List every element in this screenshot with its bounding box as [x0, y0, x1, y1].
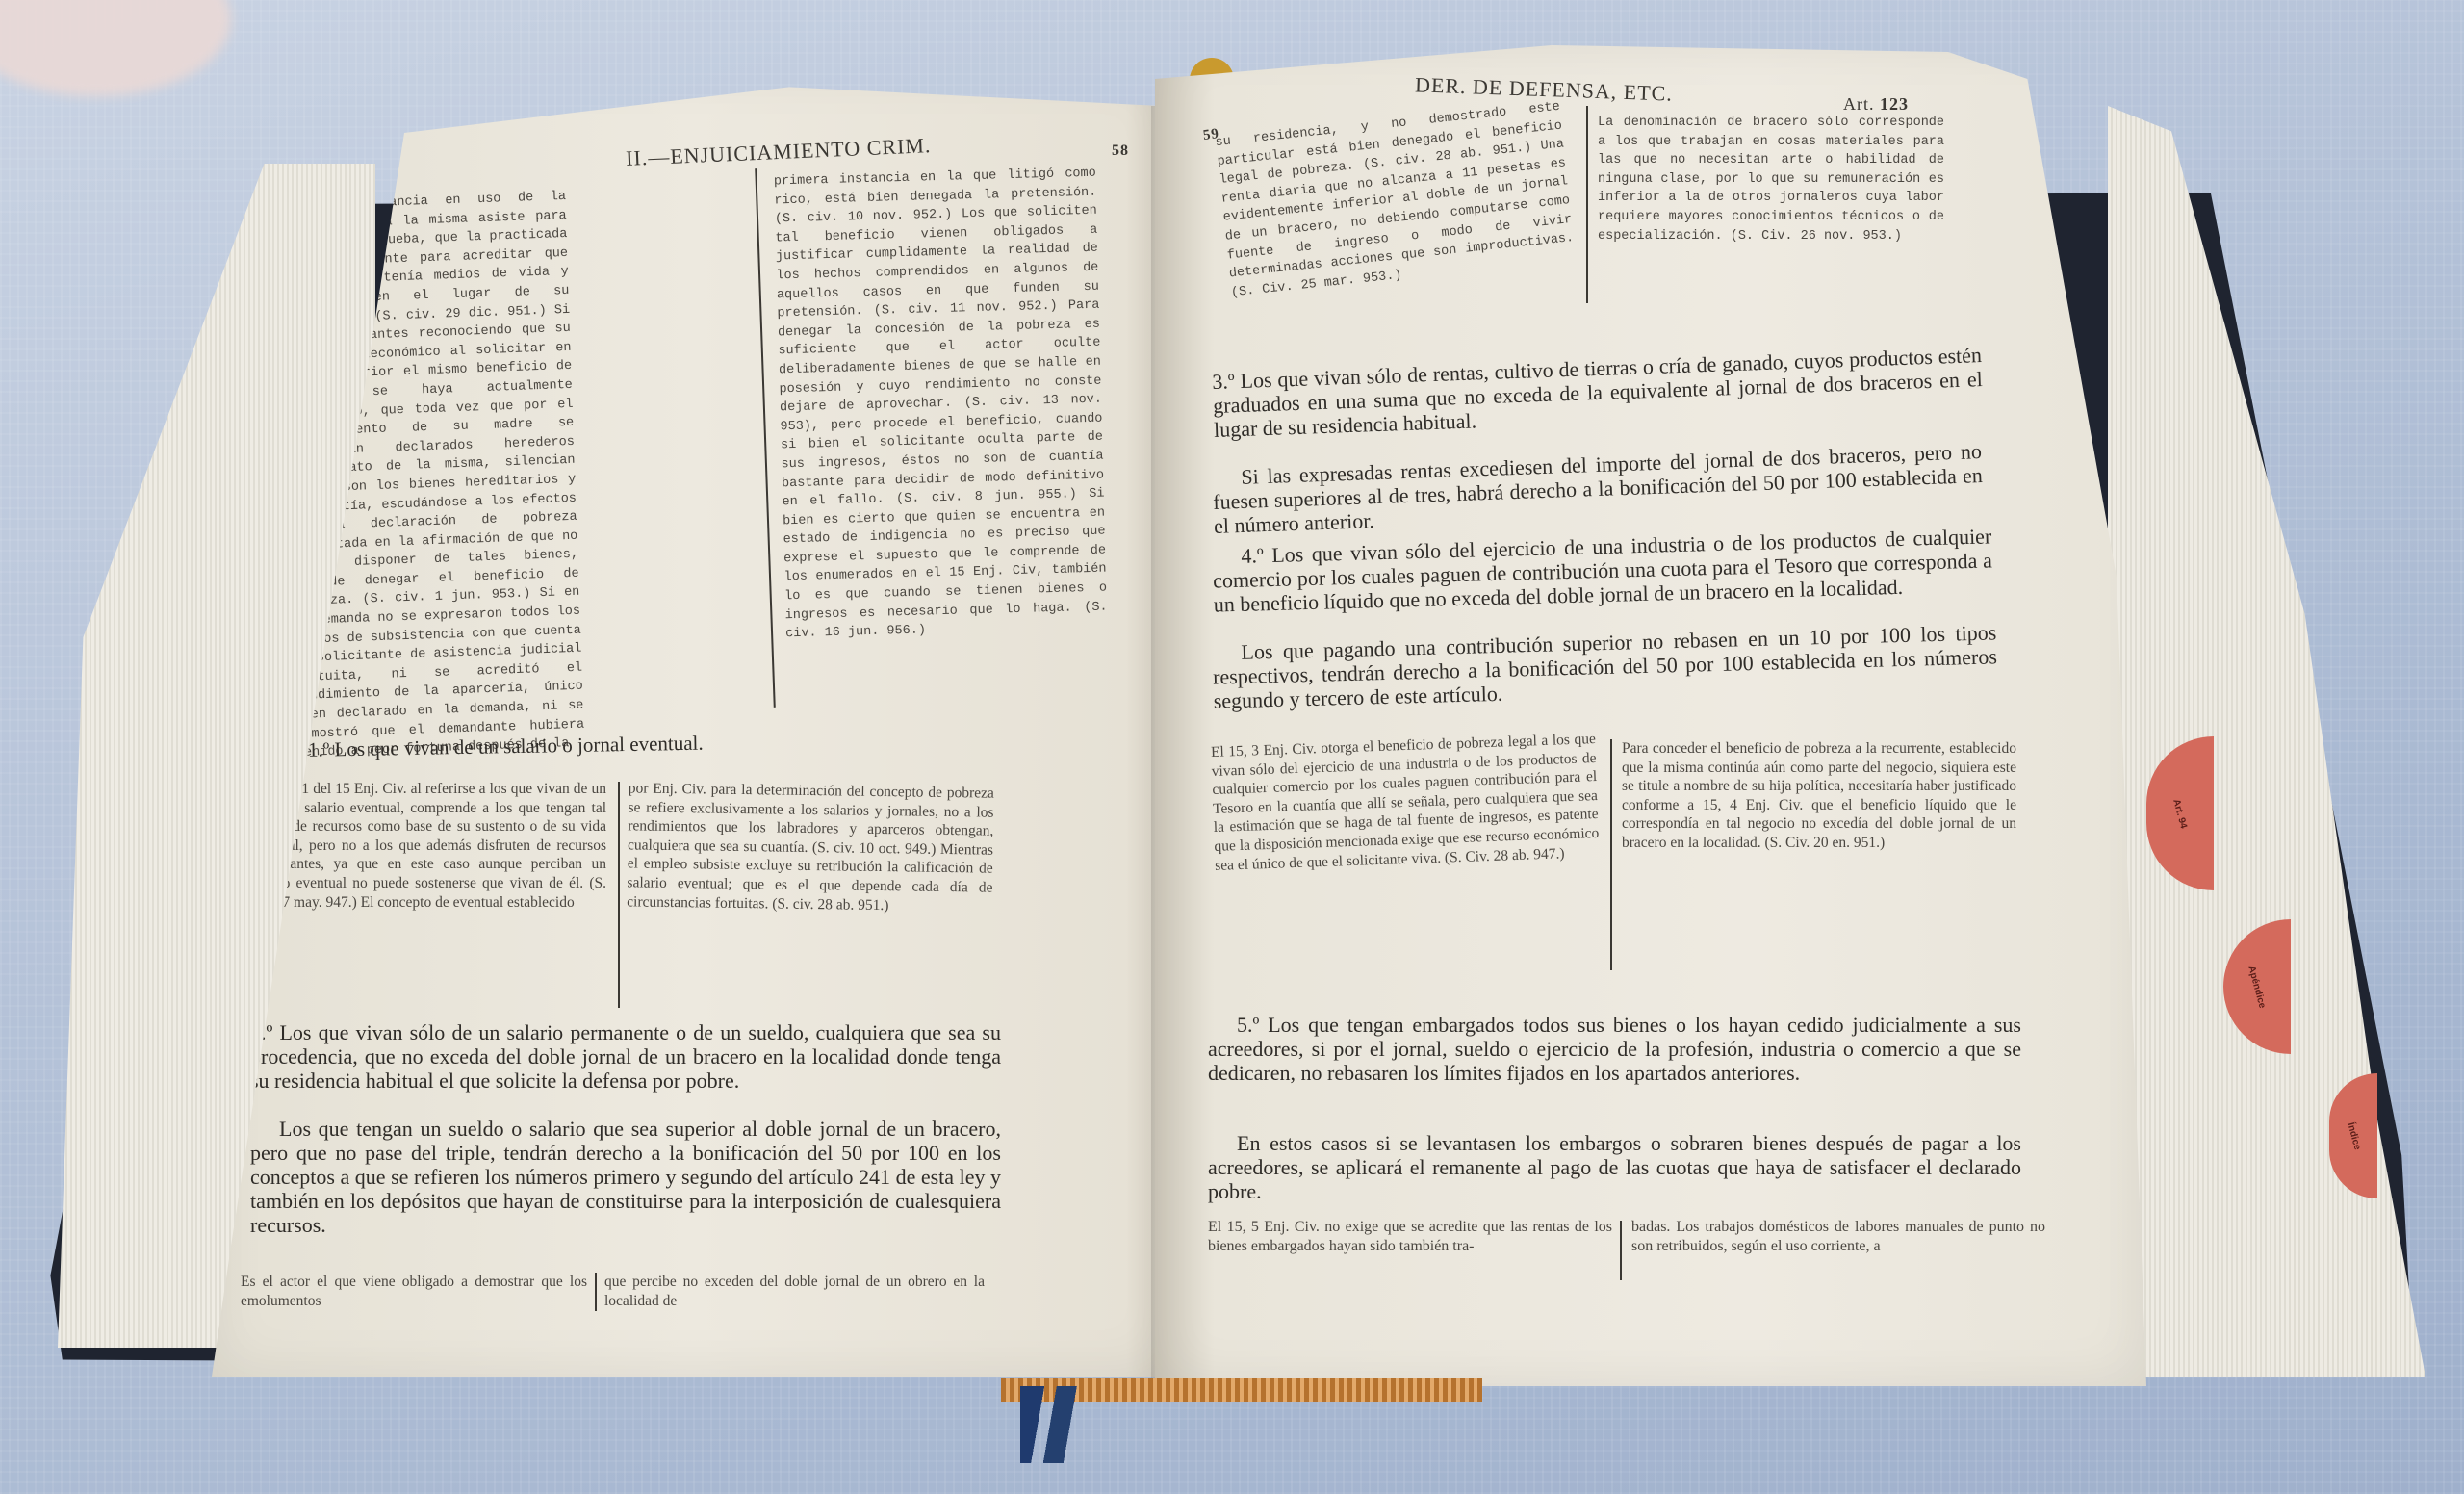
annotation-column-2: La denominación de bracero sólo correspo… [1598, 114, 1944, 245]
article-label: Art. [1843, 94, 1875, 114]
footnote-column-1: El 15, 5 Enj. Civ. no exige que se acred… [1208, 1218, 1612, 1255]
note-1-column-2: por Enj. Civ. para la determinación del … [627, 779, 994, 915]
right-page: DER. DE DEFENSA, ETC. Art. 123 59 su res… [1155, 39, 2146, 1386]
item-3-continuation: Si las expresadas rentas excediesen del … [1212, 439, 1984, 538]
item-4-continuation: Los que pagando una contribución superio… [1212, 620, 1998, 712]
footnote-column-2: badas. Los trabajos domésticos de labore… [1631, 1218, 2045, 1255]
article-number: 123 [1880, 94, 1909, 114]
note-4-column-2: Para conceder el beneficio de pobreza a … [1622, 739, 2016, 853]
item-2-text: 2.º Los que vivan sólo de un salario per… [250, 1020, 1001, 1093]
column-rule [1610, 739, 1612, 970]
page-number-left: 58 [1112, 142, 1129, 160]
article-header-right: Art. 123 [1843, 94, 1909, 115]
annotation-column-1: su residencia, y no demostrado este part… [1215, 98, 1577, 303]
note-4-column-1: El 15, 3 Enj. Civ. otorga el beneficio d… [1211, 730, 1601, 875]
column-rule [595, 1273, 597, 1311]
column-rule [1620, 1221, 1622, 1280]
column-rule [1586, 106, 1588, 303]
column-rule [618, 782, 620, 1008]
item-5-text: 5.º Los que tengan embargados todos sus … [1208, 1013, 2021, 1085]
running-head-left: II.—ENJUICIAMIENTO CRIM. [626, 133, 932, 171]
item-3-text: 3.º Los que vivan sólo de rentas, cultiv… [1212, 343, 1984, 442]
blue-ribbon-bookmark [1020, 1386, 1088, 1463]
item-5-continuation: En estos casos si se levantasen los emba… [1208, 1131, 2021, 1203]
item-4-text: 4.º Los que vivan sólo del ejercicio de … [1212, 524, 1993, 616]
item-2-continuation: Los que tengan un sueldo o salario que s… [250, 1117, 1001, 1237]
annotation-column-2: primera instancia en la que litigó como … [774, 165, 1109, 644]
footnote-column-1: Es el actor el que viene obligado a demo… [241, 1273, 587, 1310]
footnote-column-2: que percibe no exceden del doble jornal … [604, 1273, 985, 1310]
note-1-column-1: El núm. 1 del 15 Enj. Civ. al referirse … [250, 780, 606, 912]
column-rule [755, 168, 776, 708]
